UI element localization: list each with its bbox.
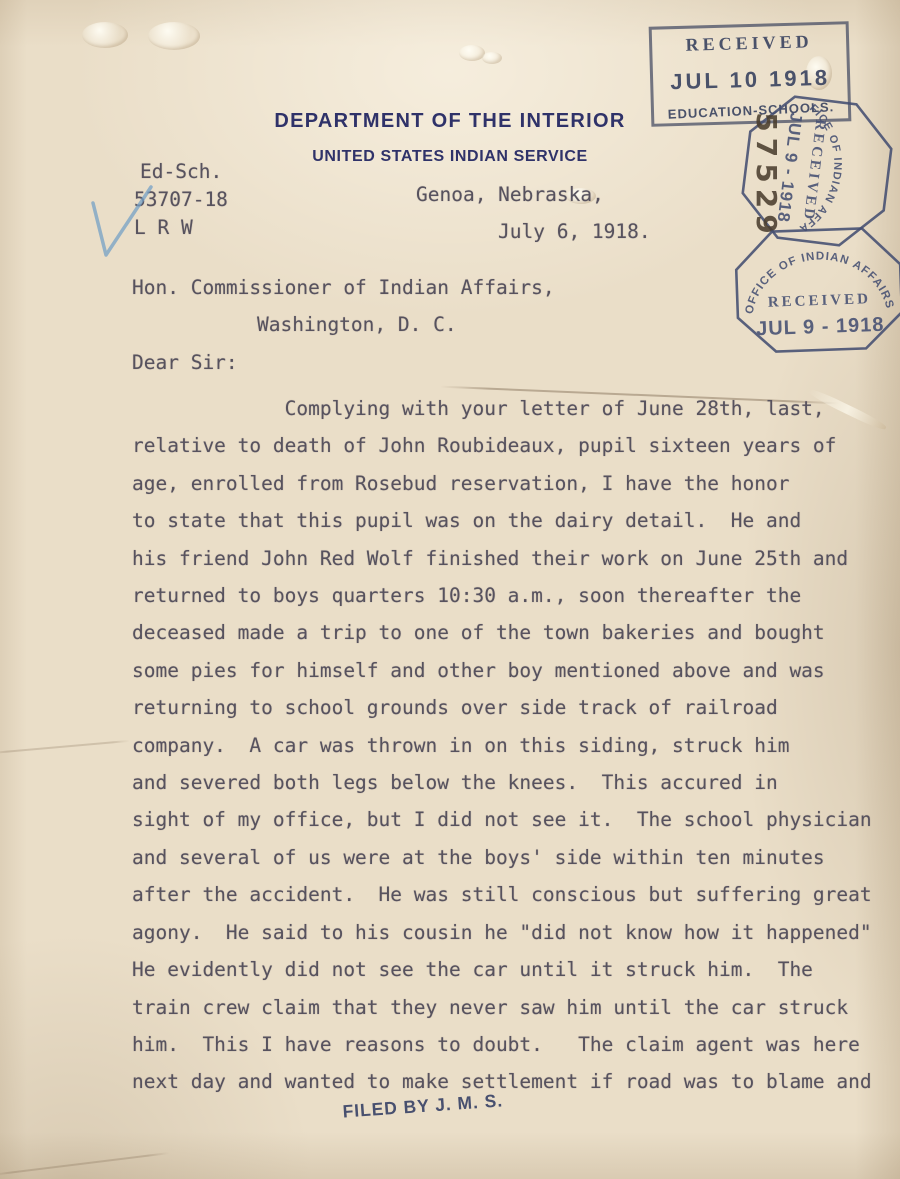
salutation: Dear Sir: <box>132 351 238 374</box>
place-line: Genoa, Nebraska, <box>416 183 604 206</box>
body-line: Complying with your letter of June 28th,… <box>132 390 872 427</box>
body-line: and severed both legs below the knees. T… <box>132 764 872 801</box>
body-line: agony. He said to his cousin he "did not… <box>132 914 872 951</box>
docket-number-stamp: 57529 <box>747 106 783 246</box>
body-line: age, enrolled from Rosebud reservation, … <box>132 465 872 502</box>
body-line: to state that this pupil was on the dair… <box>132 502 872 539</box>
paper-dent <box>482 52 502 64</box>
paper-crease <box>0 1152 169 1176</box>
letter-document: DEPARTMENT OF THE INTERIOR UNITED STATES… <box>0 0 900 1179</box>
paper-dent <box>148 22 200 50</box>
received-stamp-title: RECEIVED <box>652 30 847 56</box>
body-line: and several of us were at the boys' side… <box>132 839 872 876</box>
body-line: sight of my office, but I did not see it… <box>132 801 872 838</box>
body-line: his friend John Red Wolf finished their … <box>132 540 872 577</box>
address-line2: Washington, D. C. <box>257 313 457 336</box>
octagon-bottom-date: JUL 9 - 1918 <box>756 314 885 340</box>
body-line: relative to death of John Roubideaux, pu… <box>132 427 872 464</box>
body-line: company. A car was thrown in on this sid… <box>132 727 872 764</box>
paper-dent <box>82 22 128 48</box>
body-line: returned to boys quarters 10:30 a.m., so… <box>132 577 872 614</box>
body-line: returning to school grounds over side tr… <box>132 689 872 726</box>
body-line: after the accident. He was still conscio… <box>132 876 872 913</box>
body-line: deceased made a trip to one of the town … <box>132 614 872 651</box>
body-line: some pies for himself and other boy ment… <box>132 652 872 689</box>
address-line1: Hon. Commissioner of Indian Affairs, <box>132 276 555 299</box>
body-line: He evidently did not see the car until i… <box>132 951 872 988</box>
body-line: him. This I have reasons to doubt. The c… <box>132 1026 872 1063</box>
date-line: July 6, 1918. <box>498 220 651 243</box>
paper-crease <box>0 740 130 754</box>
octagon-stamp: OFFICE OF INDIAN AFFAIRS RECEIVED JUL 9 … <box>732 224 900 356</box>
octagon-bottom-received: RECEIVED <box>768 291 872 311</box>
letter-body: Complying with your letter of June 28th,… <box>132 390 872 1101</box>
body-line: train crew claim that they never saw him… <box>132 989 872 1026</box>
